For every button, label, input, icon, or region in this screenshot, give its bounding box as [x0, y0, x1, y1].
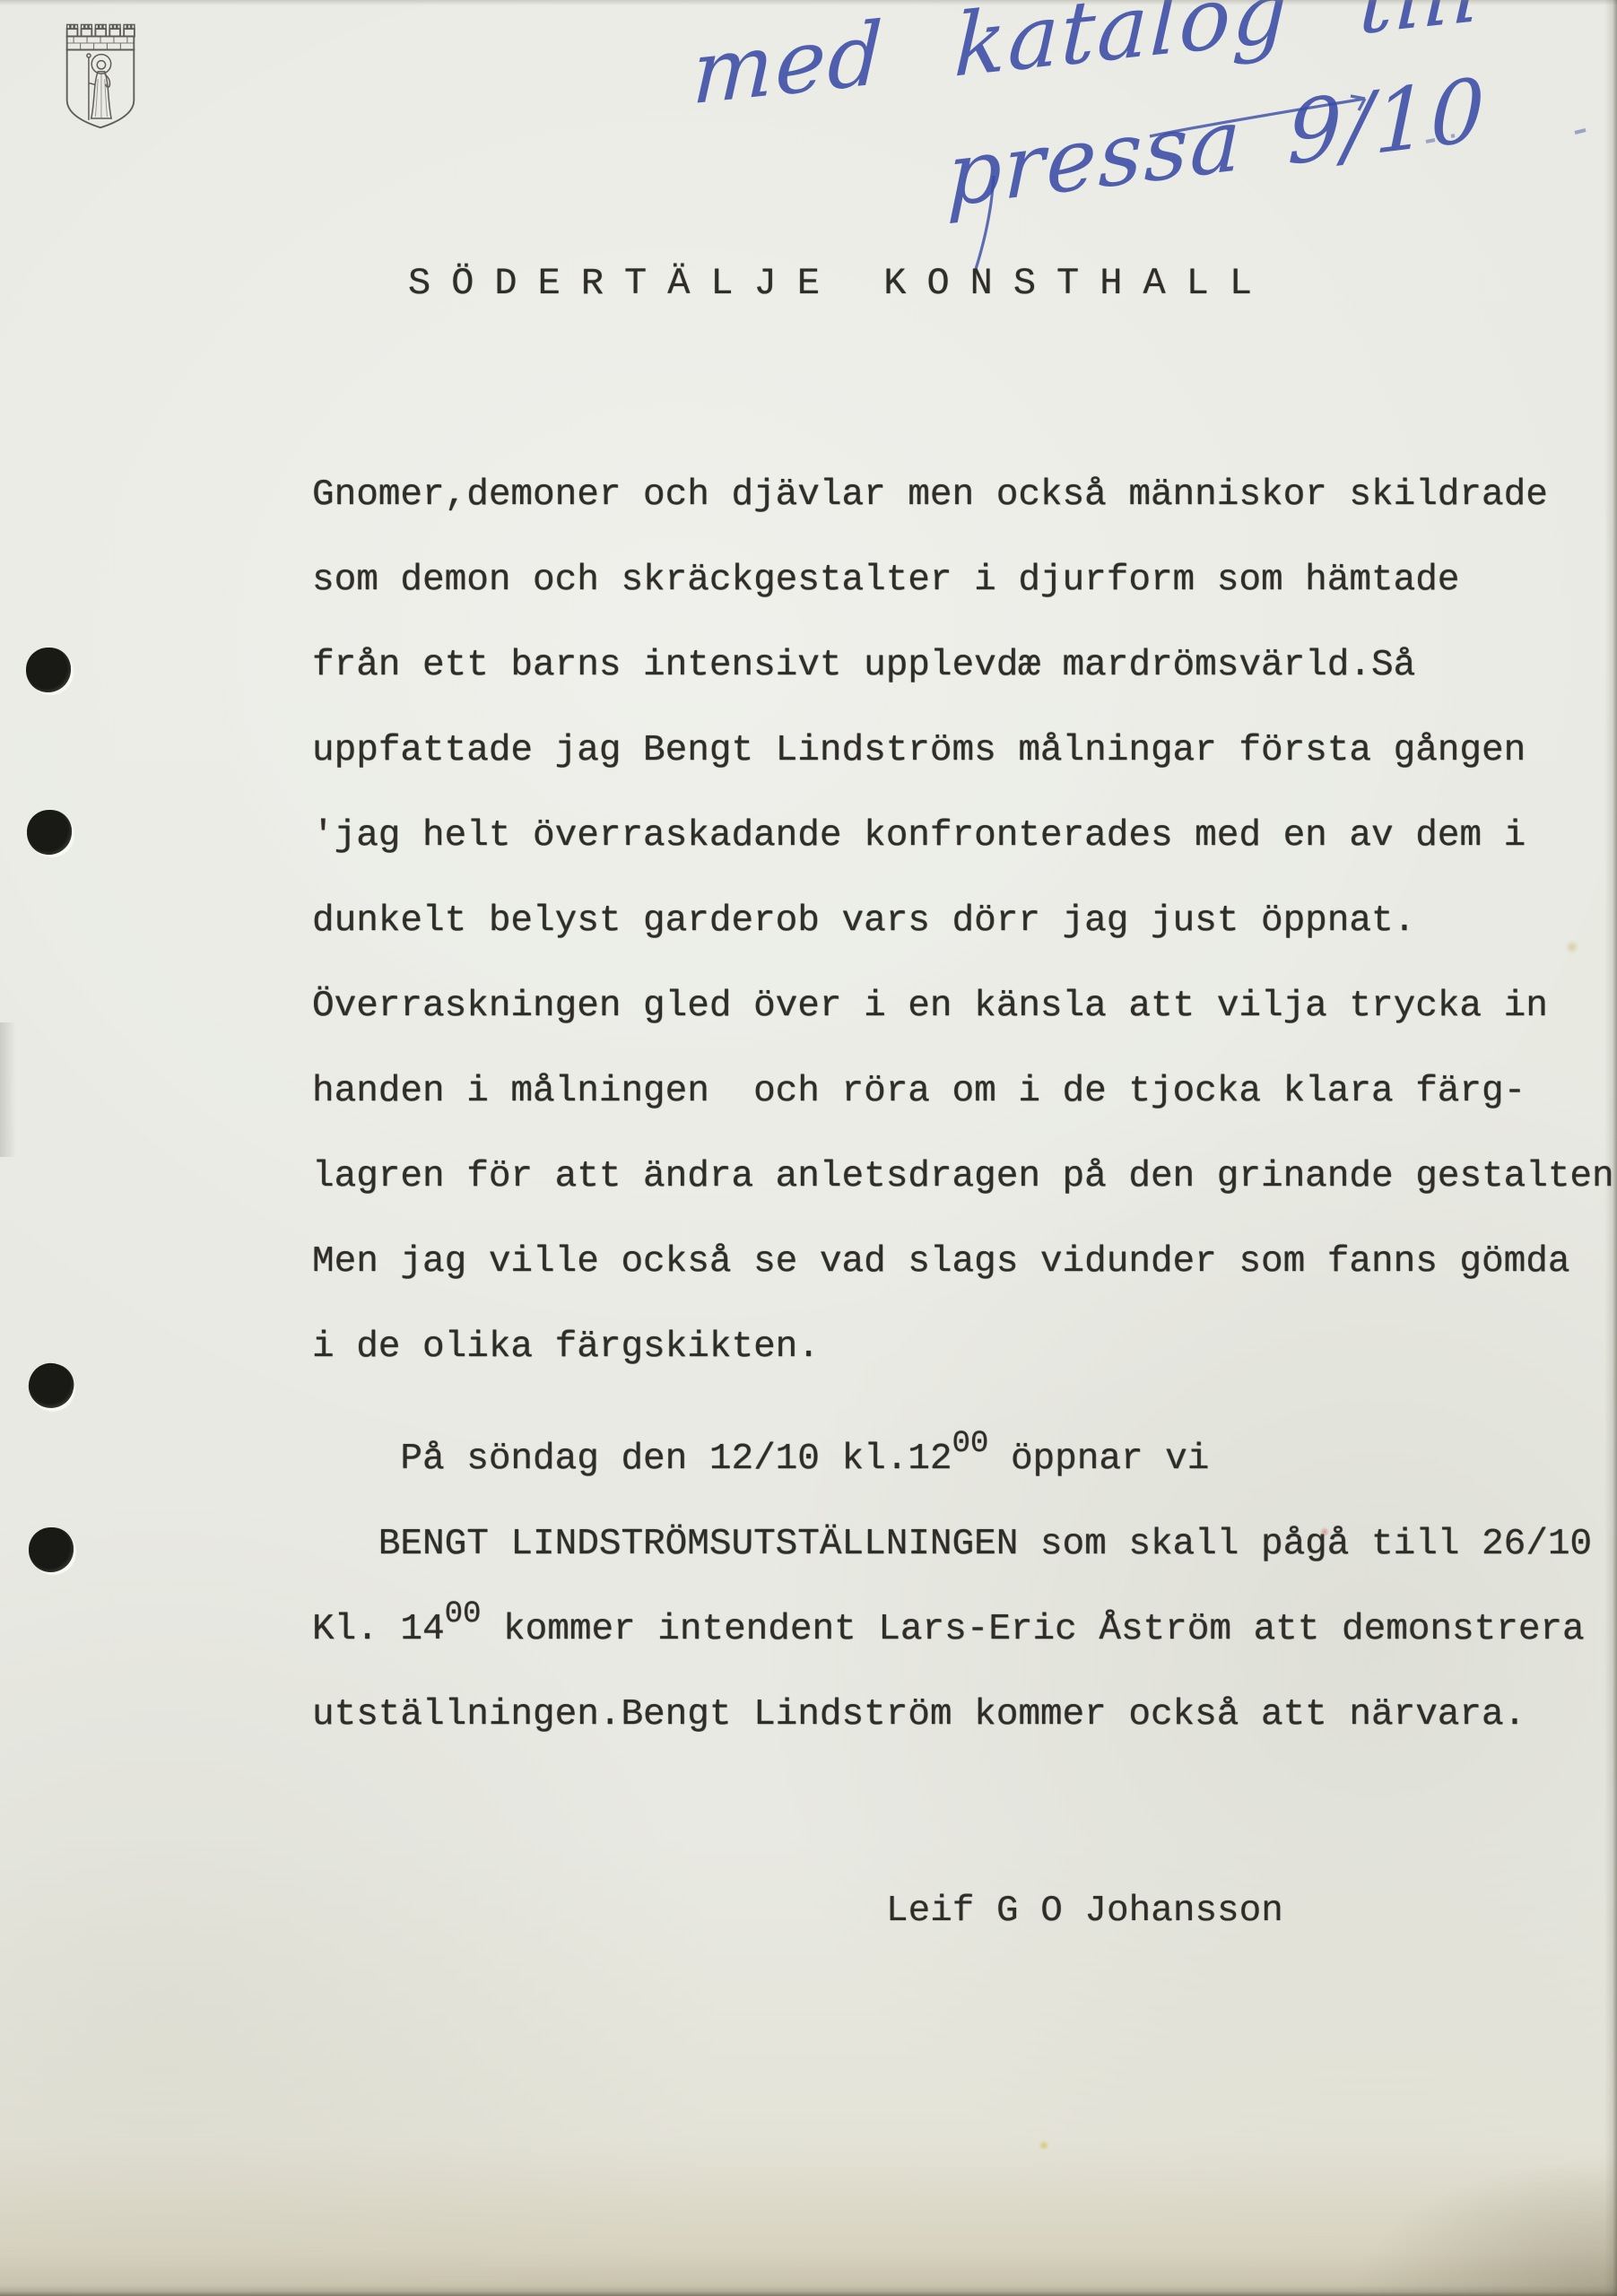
- typed-line: som demon och skräckgestalter i djurform…: [312, 538, 1617, 623]
- typed-line: Gnomer,demoner och djävlar men också män…: [312, 453, 1617, 538]
- signature-name: Leif G O Johansson: [886, 1891, 1283, 1932]
- typed-line: På söndag den 12/10 kl.1200 öppnar vi: [312, 1417, 1617, 1502]
- typed-line: från ett barns intensivt upplevdæ mardrö…: [312, 623, 1617, 709]
- punch-hole: [29, 1527, 74, 1572]
- typed-body: Gnomer,demoner och djävlar men också män…: [312, 453, 1617, 1758]
- punch-hole: [27, 810, 72, 855]
- mural-crown-icon: [67, 24, 135, 49]
- superscript-time: 00: [445, 1597, 482, 1631]
- typed-line: uppfattade jag Bengt Lindströms målninga…: [312, 709, 1617, 794]
- scanned-letter-page: med katalog till pressa 9/10 SÖDERTÄLJE …: [0, 0, 1617, 2296]
- typed-line: Överraskningen gled över i en känsla att…: [312, 964, 1617, 1049]
- shield-outline: [67, 49, 135, 127]
- typed-line: lagren för att ändra anletsdragen på den…: [312, 1135, 1617, 1220]
- paper-edge-top: [0, 0, 1617, 5]
- superscript-time: 00: [952, 1427, 989, 1461]
- typed-line: handen i målningen och röra om i de tjoc…: [312, 1049, 1617, 1135]
- paper-smudge: [0, 1022, 16, 1157]
- typed-line: dunkelt belyst garderob vars dörr jag ju…: [312, 879, 1617, 964]
- paper-stain: [1039, 2140, 1049, 2151]
- typed-line: BENGT LINDSTRÖMSUTSTÄLLNINGEN som skall …: [312, 1502, 1617, 1587]
- typed-line: 'jag helt överraskadande konfronterades …: [312, 794, 1617, 879]
- typed-line: Kl. 1400 kommer intendent Lars-Eric Åstr…: [312, 1587, 1617, 1673]
- letterhead-title: SÖDERTÄLJE KONSTHALL: [408, 265, 1273, 302]
- sodertalje-coat-of-arms: [57, 18, 143, 143]
- typed-line: utställningen.Bengt Lindström kommer ock…: [312, 1673, 1617, 1758]
- punch-hole: [22, 1357, 80, 1414]
- punch-hole: [26, 648, 71, 692]
- saint-figure-icon: [87, 54, 111, 120]
- paper-edge-right: [1604, 0, 1617, 2296]
- paper-corner-shadow: [1240, 2099, 1617, 2296]
- typed-line: i de olika färgskikten.: [312, 1305, 1617, 1390]
- typed-line: Men jag ville också se vad slags vidunde…: [312, 1220, 1617, 1305]
